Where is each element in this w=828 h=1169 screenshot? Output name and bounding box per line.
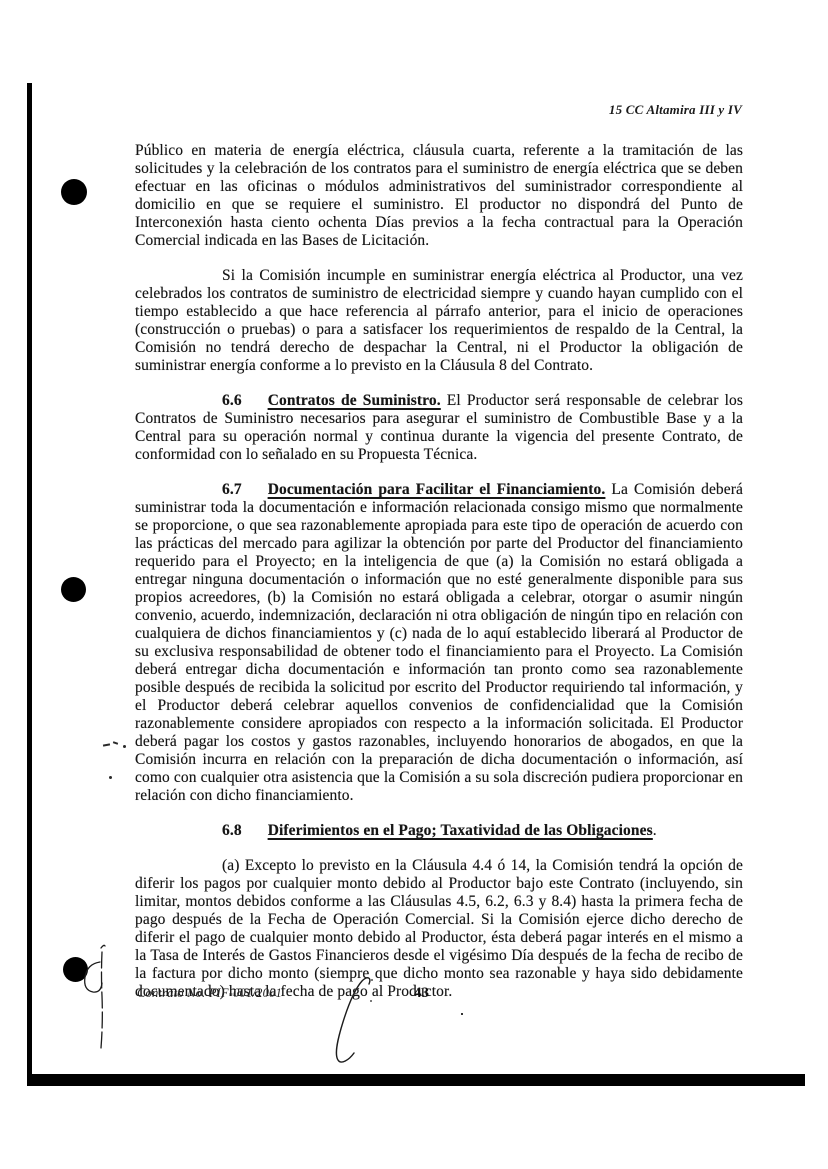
section-title: Contratos de Suministro. bbox=[268, 392, 441, 409]
page-border-left bbox=[27, 83, 32, 1086]
page-number: 43 bbox=[414, 985, 429, 1002]
section-number: 6.7 bbox=[222, 481, 268, 498]
section-number: 6.6 bbox=[222, 392, 268, 409]
section-title: Diferimientos en el Pago; Taxatividad de… bbox=[268, 822, 653, 839]
section-title-period: . bbox=[653, 822, 657, 839]
paragraph-comision-incumple: Si la Comisión incumple en suministrar e… bbox=[135, 267, 743, 375]
page-border-bottom bbox=[27, 1074, 805, 1086]
footer-contract-number: Contrato No. PIF-001/2001 bbox=[137, 986, 282, 1001]
paragraph-continuation: Público en materia de energía eléctrica,… bbox=[135, 142, 743, 250]
section-6-7: 6.7Documentación para Facilitar el Finan… bbox=[135, 481, 743, 805]
hole-punch-mark bbox=[61, 179, 87, 205]
section-number: 6.8 bbox=[222, 822, 268, 839]
scan-artifact bbox=[461, 1013, 463, 1015]
section-title: Documentación para Facilitar el Financia… bbox=[268, 481, 606, 498]
section-body: La Comisión deberá suministrar toda la d… bbox=[135, 481, 743, 804]
hole-punch-mark bbox=[63, 957, 88, 982]
section-6-6: 6.6Contratos de Suministro. El Productor… bbox=[135, 392, 743, 464]
running-header: 15 CC Altamira III y IV bbox=[609, 102, 742, 118]
scan-artifact bbox=[103, 741, 127, 748]
section-6-8-heading: 6.8Diferimientos en el Pago; Taxatividad… bbox=[135, 822, 743, 840]
hole-punch-mark bbox=[61, 577, 86, 602]
paragraph-a-diferimientos: (a) Excepto lo previsto en la Cláusula 4… bbox=[135, 857, 743, 1001]
document-body: Público en materia de energía eléctrica,… bbox=[135, 142, 743, 1018]
scan-artifact bbox=[109, 776, 112, 779]
handwritten-q-mark bbox=[85, 945, 105, 1048]
scanned-contract-page: 15 CC Altamira III y IV Público en mater… bbox=[0, 0, 828, 1169]
